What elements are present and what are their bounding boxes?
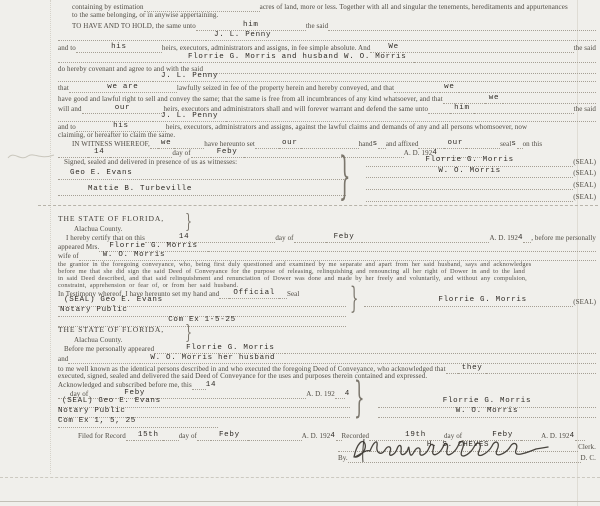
typed-right-sig2-text: W. O. Morris bbox=[456, 407, 518, 415]
dotted-leader bbox=[366, 192, 573, 202]
typed-him: him bbox=[196, 21, 306, 31]
line-have-hold: TO HAVE AND TO HOLD, the same unto him t… bbox=[72, 21, 596, 31]
dc-label: D. C. bbox=[581, 454, 596, 463]
print-text: the said bbox=[574, 44, 596, 53]
blank-seal-line: (SEAL) bbox=[366, 192, 596, 202]
state-heading-2: THE STATE OF FLORIDA, bbox=[58, 324, 596, 334]
print-text: the said bbox=[306, 22, 328, 31]
line-belonging: to the same belonging, or in anywise app… bbox=[72, 10, 596, 20]
typed-signer2-text: W. O. Morris bbox=[438, 167, 500, 175]
print-text: to the same belonging, or in anywise app… bbox=[72, 11, 218, 20]
typed-we: we bbox=[440, 83, 458, 93]
deed-document: containing by estimation acres of land, … bbox=[58, 0, 596, 506]
typed-grantors: Florrie G. Morris and husband W. O. Morr… bbox=[180, 53, 414, 63]
com-ex-line-2: Com Ex 1, 5, 25 bbox=[58, 418, 218, 428]
typed-grantee: J. L. Penny bbox=[153, 112, 226, 122]
typed-name1: Florrie G. Morris bbox=[176, 344, 284, 354]
by-label: By. bbox=[338, 454, 348, 463]
dotted-leader bbox=[443, 94, 485, 104]
dotted-leader bbox=[248, 431, 302, 441]
print-text: and to bbox=[58, 44, 76, 53]
typed-signer2: W. O. Morris bbox=[366, 159, 573, 178]
blank-seal-line: (SEAL) bbox=[366, 180, 596, 190]
typed-grantee: J. L. Penny bbox=[153, 72, 226, 82]
dotted-leader bbox=[285, 344, 596, 354]
print-text: have good and lawful right to sell and c… bbox=[58, 95, 443, 104]
typed-grantee: J. L. Penny bbox=[206, 31, 279, 41]
typed-his: his bbox=[76, 43, 162, 53]
scanned-deed-page: containing by estimation acres of land, … bbox=[0, 0, 600, 506]
line-and-to-his: and to his heirs, executors, administrat… bbox=[58, 43, 596, 53]
official-seal-brace: } bbox=[350, 285, 358, 315]
dotted-leader bbox=[68, 354, 140, 364]
section-separator bbox=[38, 205, 598, 206]
typed-right-sig2: W. O. Morris bbox=[378, 399, 596, 418]
typed-witness2: Mattie B. Turbeville bbox=[58, 177, 346, 196]
print-text: Filed for Record bbox=[78, 432, 126, 441]
dotted-leader bbox=[403, 43, 574, 53]
signer2-line: W. O. Morris (SEAL) bbox=[366, 168, 596, 178]
dotted-leader bbox=[364, 297, 392, 307]
dotted-leader bbox=[366, 180, 573, 190]
print-text: that bbox=[58, 84, 69, 93]
dotted-leader bbox=[414, 53, 596, 63]
typed-witness2-text: Mattie B. Turbeville bbox=[88, 185, 192, 193]
seal-label: (SEAL) bbox=[573, 298, 596, 307]
dotted-leader bbox=[459, 83, 596, 93]
line-grantee-name-2: J. L. Penny bbox=[58, 72, 596, 82]
clerk-label: Clerk. bbox=[578, 443, 596, 452]
print-text: and bbox=[58, 355, 68, 364]
dotted-leader bbox=[285, 354, 596, 364]
dotted-leader bbox=[503, 94, 596, 104]
deputy-clerk-signature bbox=[350, 433, 555, 465]
dower-right-sig-line: Florrie G. Morris (SEAL) bbox=[364, 297, 596, 307]
dotted-leader bbox=[58, 31, 206, 41]
state-heading-1: THE STATE OF FLORIDA, bbox=[58, 213, 596, 223]
print-text: day of bbox=[179, 432, 197, 441]
line-seized: that we are lawfully seized in fee of th… bbox=[58, 83, 596, 93]
dotted-leader bbox=[197, 431, 211, 441]
typed-we: We bbox=[384, 43, 402, 53]
typed-com-ex-text: Com Ex 1, 5, 25 bbox=[58, 417, 136, 425]
seal-label: (SEAL) bbox=[573, 158, 596, 167]
print-text: THE STATE OF FLORIDA, bbox=[58, 325, 164, 334]
dotted-leader bbox=[58, 72, 153, 82]
dotted-leader bbox=[370, 43, 384, 53]
seal-label: (SEAL) bbox=[573, 169, 596, 178]
typed-filed-month: Feby bbox=[211, 431, 248, 441]
print-text: TO HAVE AND TO HOLD, the same unto bbox=[72, 22, 196, 31]
typed-witness1-text: Geo E. Evans bbox=[70, 169, 132, 177]
line-grantee-name: J. L. Penny bbox=[58, 31, 596, 41]
dotted-leader bbox=[126, 431, 134, 441]
dotted-leader bbox=[163, 431, 179, 441]
seal-label: (SEAL) bbox=[573, 193, 596, 202]
typed-name2: W. O. Morris her husband bbox=[140, 354, 285, 364]
dotted-leader bbox=[328, 21, 596, 31]
line-and-husband: and W. O. Morris her husband bbox=[58, 354, 596, 364]
dotted-leader bbox=[226, 72, 596, 82]
line-good-right: have good and lawful right to sell and c… bbox=[58, 94, 596, 104]
typed-com-ex-text: Com Ex 1-5-25 bbox=[168, 316, 236, 324]
typed-right-sig: Florrie G. Morris bbox=[392, 288, 573, 307]
print-text: A. D. 192 bbox=[302, 432, 331, 441]
joint-right-sig2: W. O. Morris bbox=[336, 408, 596, 418]
print-text: heirs, executors, administrators and ass… bbox=[162, 44, 371, 53]
left-margin-rule bbox=[50, 0, 51, 474]
margin-scribble bbox=[6, 148, 58, 166]
typed-we-are: we are bbox=[69, 83, 177, 93]
print-text: Before me personally appeared bbox=[64, 345, 154, 354]
witness2-line: Mattie B. Turbeville bbox=[58, 186, 346, 196]
typed-com-ex: Com Ex 1, 5, 25 bbox=[58, 409, 218, 428]
dotted-leader bbox=[58, 112, 153, 122]
dotted-leader bbox=[394, 83, 440, 93]
line-grantors-name: Florrie G. Morris and husband W. O. Morr… bbox=[58, 53, 596, 63]
dotted-leader bbox=[58, 53, 180, 63]
typed-right-sig-text: Florrie G. Morris bbox=[438, 296, 526, 304]
witness-brace: } bbox=[339, 152, 350, 202]
dotted-leader bbox=[154, 344, 176, 354]
dotted-leader bbox=[226, 112, 596, 122]
seal-label: (SEAL) bbox=[573, 181, 596, 190]
print-text: THE STATE OF FLORIDA, bbox=[58, 214, 164, 223]
print-text: lawfully seized in fee of the property h… bbox=[177, 84, 394, 93]
typed-filed-day: 15th bbox=[134, 431, 163, 441]
typed-we: we bbox=[485, 94, 503, 104]
line-before-appeared: Before me personally appeared Florrie G.… bbox=[64, 344, 596, 354]
dotted-leader bbox=[279, 31, 596, 41]
line-grantee-name-3: J. L. Penny bbox=[58, 112, 596, 122]
